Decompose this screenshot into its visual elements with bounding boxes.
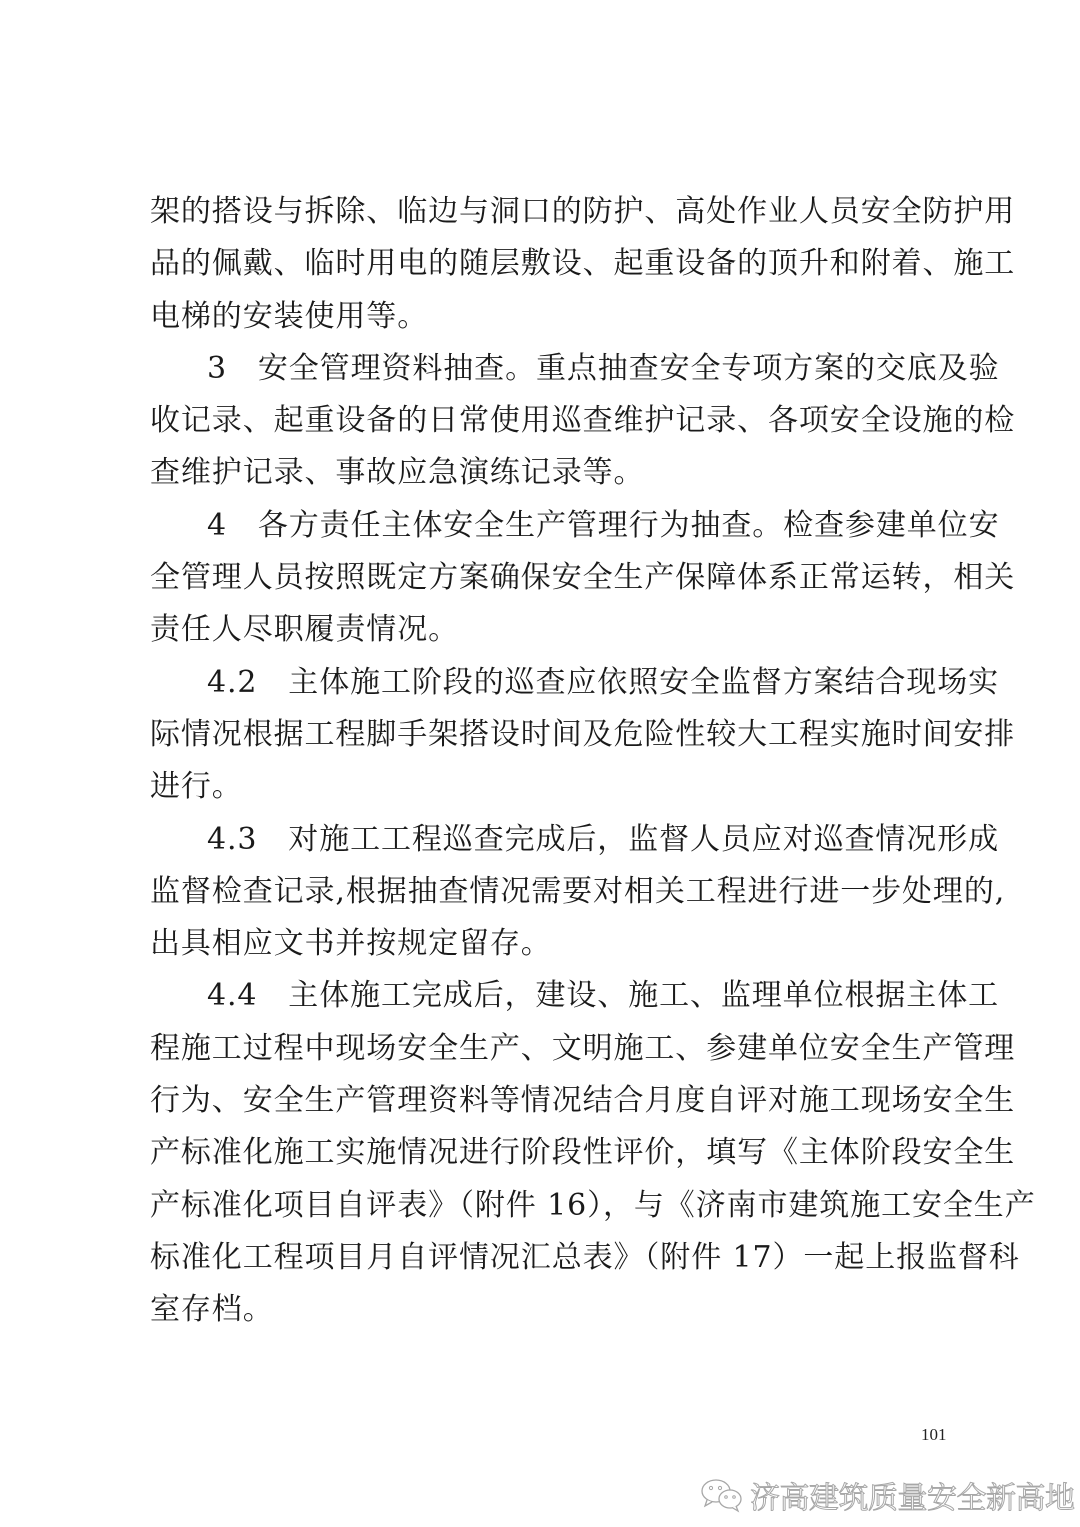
text-line: 际情况根据工程脚手架搭设时间及危险性较大工程实施时间安排 bbox=[150, 713, 946, 765]
text-line: 全管理人员按照既定方案确保安全生产保障体系正常运转，相关 bbox=[150, 556, 946, 608]
text-line: 电梯的安装使用等。 bbox=[150, 295, 946, 347]
text-line: 架的搭设与拆除、临边与洞口的防护、高处作业人员安全防护用 bbox=[150, 190, 946, 242]
text-line: 行为、安全生产管理资料等情况结合月度自评对施工现场安全生 bbox=[150, 1079, 946, 1131]
text-line: 室存档。 bbox=[150, 1288, 946, 1340]
watermark: 济高建筑质量安全新高地 bbox=[700, 1470, 1075, 1520]
text-line: 责任人尽职履责情况。 bbox=[150, 608, 946, 660]
watermark-text: 济高建筑质量安全新高地 bbox=[750, 1473, 1075, 1517]
text-line: 查维护记录、事故应急演练记录等。 bbox=[150, 451, 946, 503]
wechat-icon bbox=[700, 1477, 744, 1513]
text-line: 产标准化项目自评表》（附件 16），与《济南市建筑施工安全生产 bbox=[150, 1184, 946, 1236]
section-4-3-line: 4.3 对施工工程巡查完成后，监督人员应对巡查情况形成 bbox=[150, 818, 946, 870]
text-line: 监督检查记录,根据抽查情况需要对相关工程进行进一步处理的, bbox=[150, 870, 946, 922]
item-4-heading-line: 4 各方责任主体安全生产管理行为抽查。检查参建单位安 bbox=[150, 504, 946, 556]
item-3-heading-line: 3 安全管理资料抽查。重点抽查安全专项方案的交底及验 bbox=[150, 347, 946, 399]
section-4-2-line: 4.2 主体施工阶段的巡查应依照安全监督方案结合现场实 bbox=[150, 661, 946, 713]
page-number: 101 bbox=[921, 1425, 947, 1445]
text-line: 收记录、起重设备的日常使用巡查维护记录、各项安全设施的检 bbox=[150, 399, 946, 451]
text-line: 出具相应文书并按规定留存。 bbox=[150, 922, 946, 974]
document-page: 架的搭设与拆除、临边与洞口的防护、高处作业人员安全防护用 品的佩戴、临时用电的随… bbox=[0, 0, 1080, 1527]
text-line: 程施工过程中现场安全生产、文明施工、参建单位安全生产管理 bbox=[150, 1027, 946, 1079]
text-line: 产标准化施工实施情况进行阶段性评价，填写《主体阶段安全生 bbox=[150, 1131, 946, 1183]
text-line: 进行。 bbox=[150, 765, 946, 817]
section-4-4-line: 4.4 主体施工完成后，建设、施工、监理单位根据主体工 bbox=[150, 974, 946, 1026]
text-line: 标准化工程项目月自评情况汇总表》（附件 17）一起上报监督科 bbox=[150, 1236, 946, 1288]
text-line: 品的佩戴、临时用电的随层敷设、起重设备的顶升和附着、施工 bbox=[150, 242, 946, 294]
body-text: 架的搭设与拆除、临边与洞口的防护、高处作业人员安全防护用 品的佩戴、临时用电的随… bbox=[150, 190, 950, 1341]
